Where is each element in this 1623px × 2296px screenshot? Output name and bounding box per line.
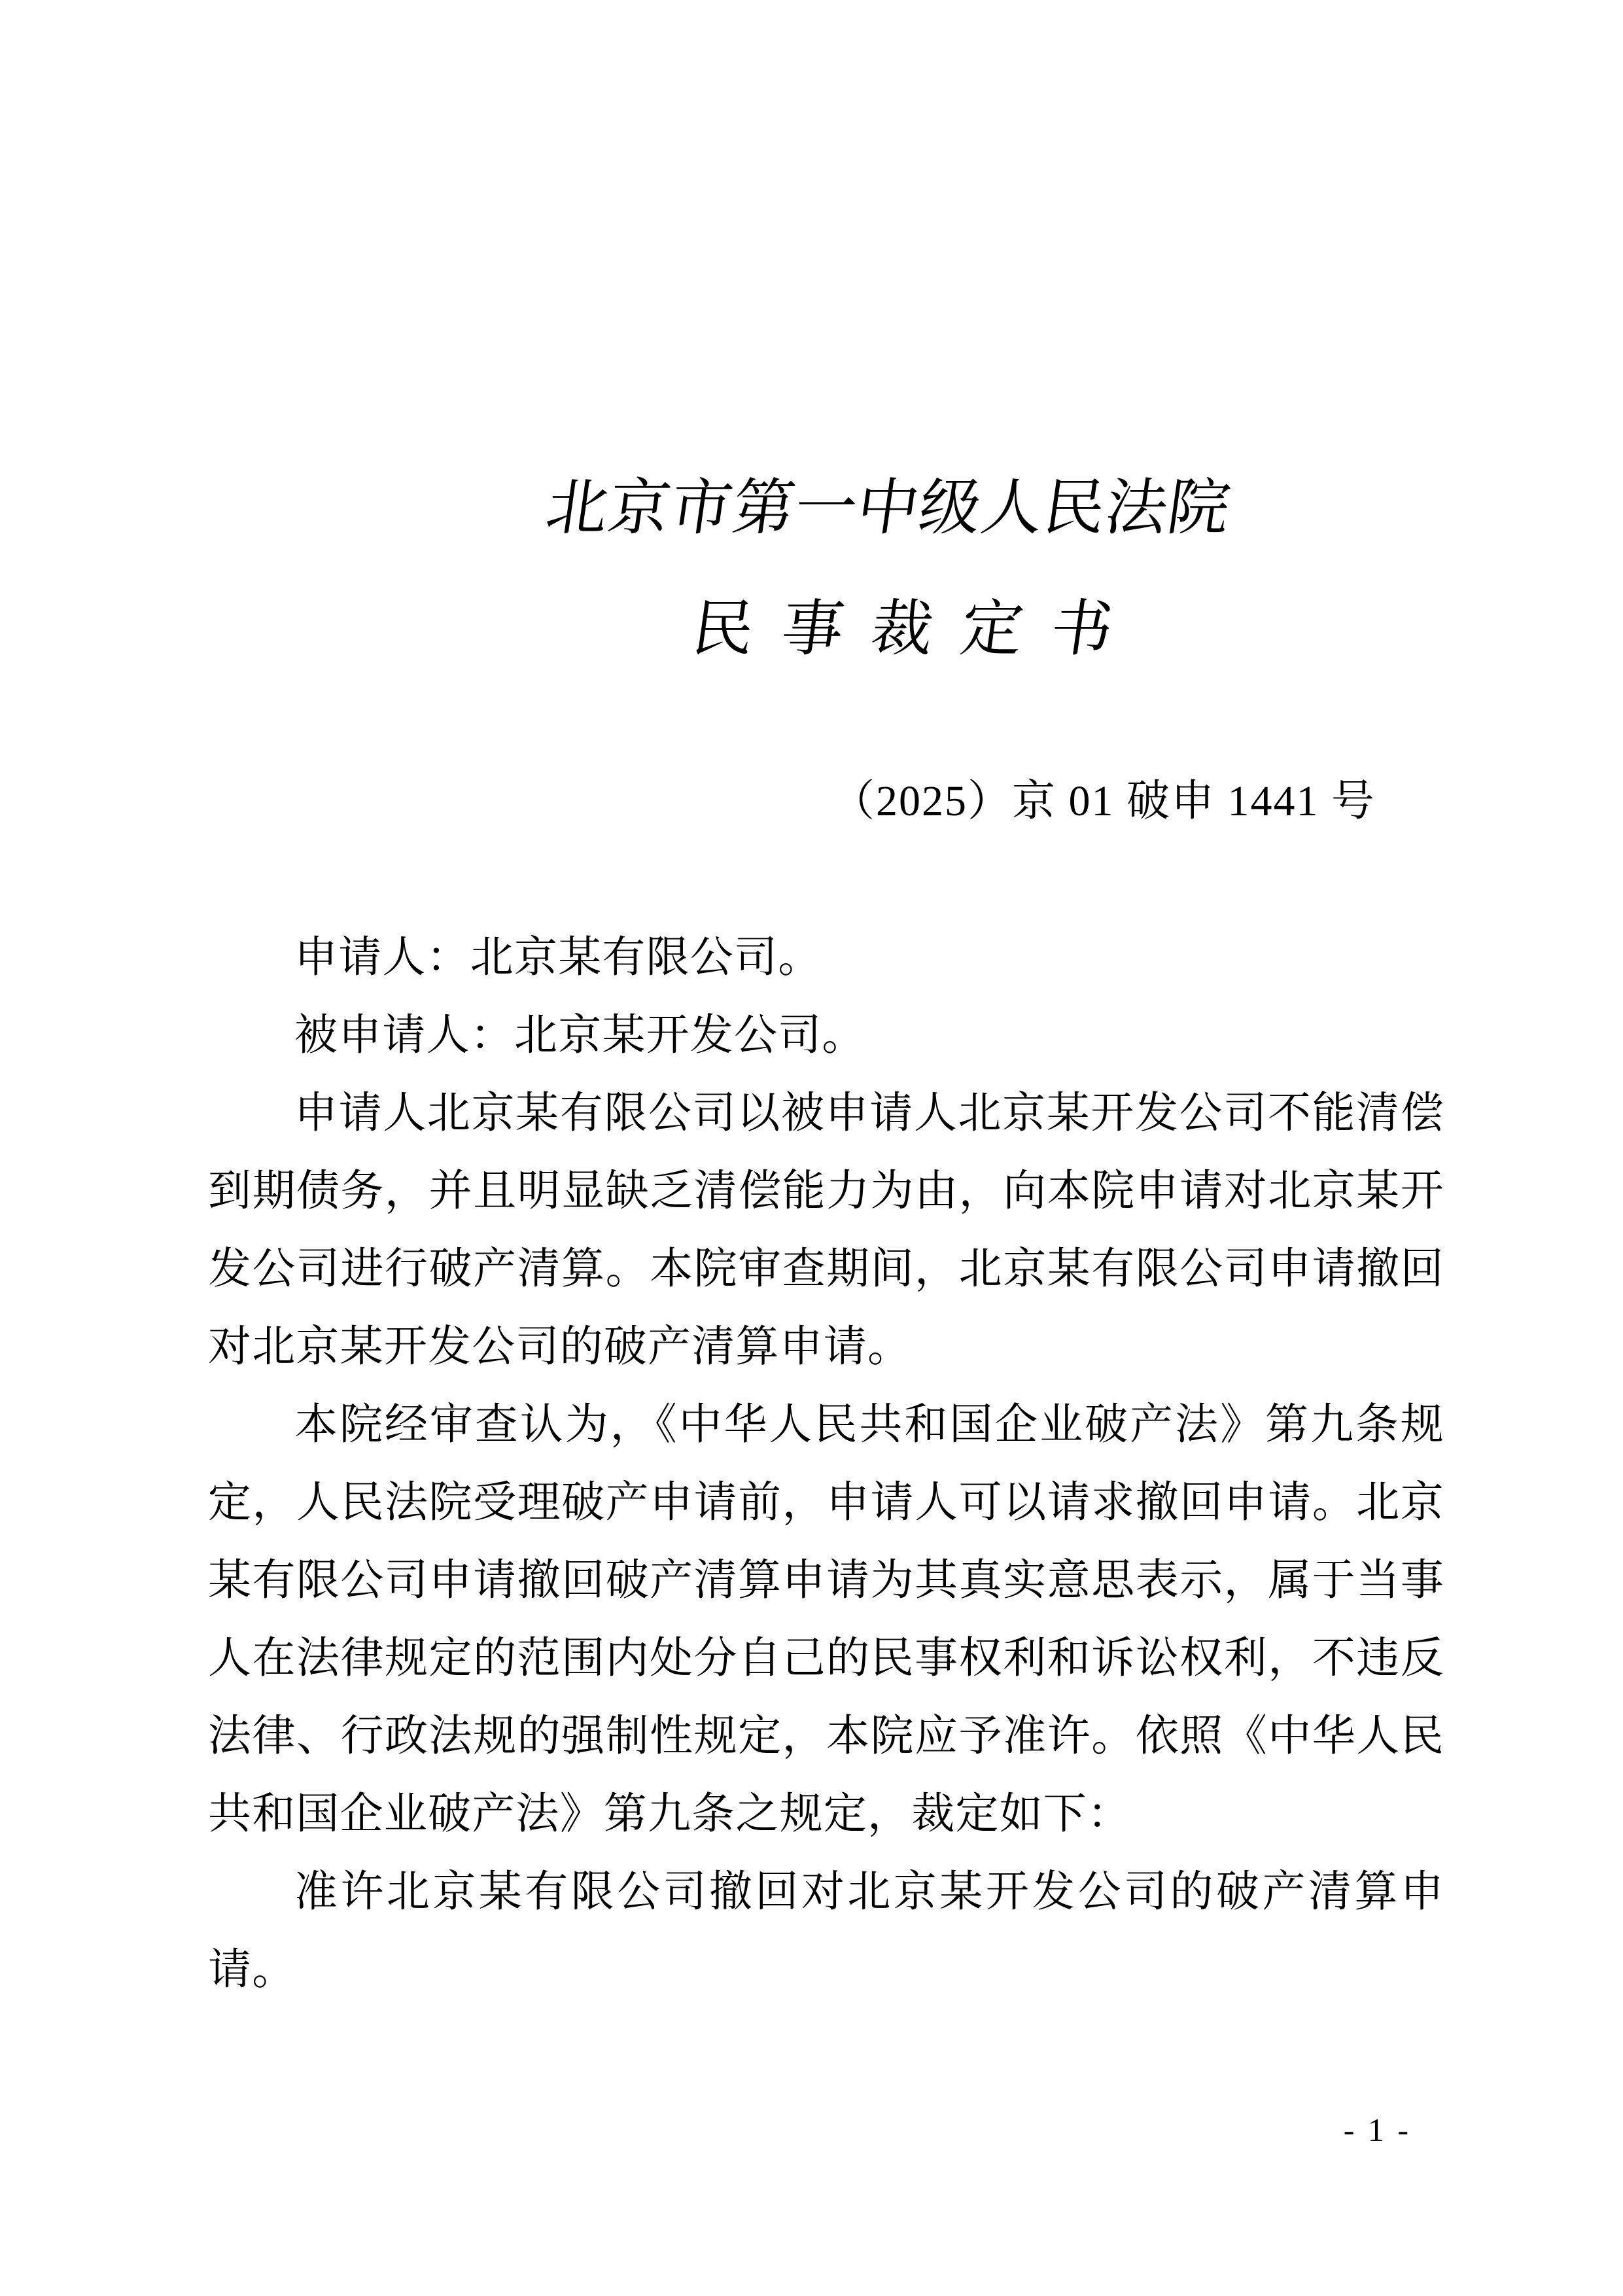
paragraph-applicant: 申请人：北京某有限公司。 xyxy=(208,919,1444,997)
document-page: 北京市第一中级人民法院 民事裁定书 （2025）京 01 破申 1441 号 申… xyxy=(0,0,1623,2296)
page-number: - 1 - xyxy=(208,2113,1411,2146)
document-body: 申请人：北京某有限公司。 被申请人：北京某开发公司。 申请人北京某有限公司以被申… xyxy=(208,919,1444,2009)
court-name-title: 北京市第一中级人民法院 xyxy=(203,478,1573,539)
paragraph-ruling: 准许北京某有限公司撤回对北京某开发公司的破产清算申请。 xyxy=(208,1853,1444,2009)
document-type-title: 民事裁定书 xyxy=(203,599,1601,660)
paragraph-court-opinion: 本院经审查认为，《中华人民共和国企业破产法》第九条规定，人民法院受理破产申请前，… xyxy=(208,1386,1444,1853)
paragraph-application-facts: 申请人北京某有限公司以被申请人北京某开发公司不能清偿到期债务，并且明显缺乏清偿能… xyxy=(208,1074,1444,1386)
case-number: （2025）京 01 破申 1441 号 xyxy=(208,780,1376,823)
paragraph-respondent: 被申请人：北京某开发公司。 xyxy=(208,997,1444,1074)
